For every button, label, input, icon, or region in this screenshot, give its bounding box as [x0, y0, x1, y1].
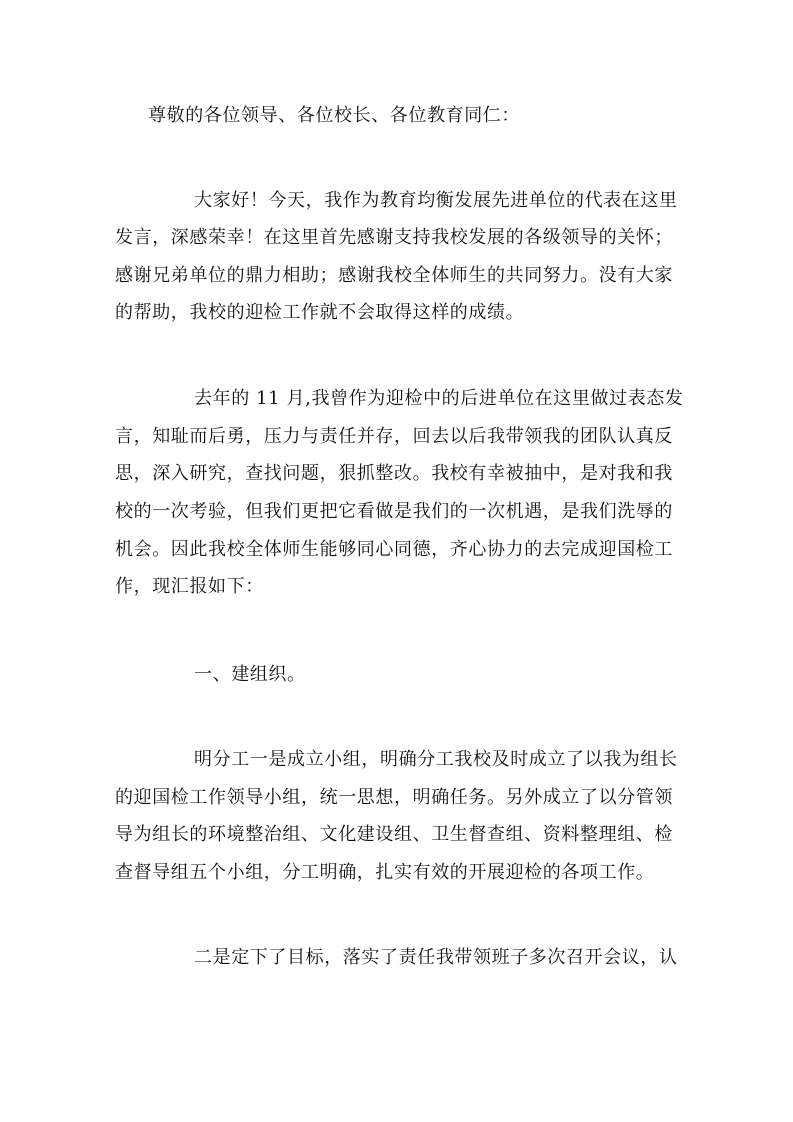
paragraph-line: 言，知耻而后勇，压力与责任并存，回去以后我带领我的团队认真反 — [115, 425, 673, 449]
paragraph-line: 发言，深感荣幸！在这里首先感谢支持我校发展的各级领导的关怀； — [115, 226, 673, 250]
paragraph-line: 机会。因此我校全体师生能够同心同德，齐心协力的去完成迎国检工 — [115, 538, 673, 562]
paragraph-line: 作，现汇报如下： — [115, 575, 264, 599]
paragraph-line: 明分工一是成立小组，明确分工我校及时成立了以我为组长 — [194, 748, 678, 772]
paragraph-line: 查督导组五个小组，分工明确，扎实有效的开展迎检的各项工作。 — [115, 861, 654, 885]
salutation: 尊敬的各位领导、各位校长、各位教育同仁： — [148, 104, 520, 128]
paragraph-goals: 二是定下了目标，落实了责任我带领班子多次召开会议，认 — [194, 946, 678, 970]
paragraph-line: 校的一次考验，但我们更把它看做是我们的一次机遇，是我们洗辱的 — [115, 500, 673, 524]
section-heading-organization: 一、建组织。 — [194, 663, 306, 687]
paragraph-line: 去年的 11 月,我曾作为迎检中的后进单位在这里做过表态发 — [194, 387, 683, 411]
paragraph-line: 导为组长的环境整治组、文化建设组、卫生督查组、资料整理组、检 — [115, 823, 673, 847]
paragraph-line: 感谢兄弟单位的鼎力相助；感谢我校全体师生的共同努力。没有大家 — [115, 264, 673, 288]
document-page: 尊敬的各位领导、各位校长、各位教育同仁： 大家好！今天，我作为教育均衡发展先进单… — [0, 0, 793, 1122]
paragraph-line: 大家好！今天，我作为教育均衡发展先进单位的代表在这里 — [194, 189, 678, 213]
paragraph-line: 思，深入研究，查找问题，狠抓整改。我校有幸被抽中，是对我和我 — [115, 462, 673, 486]
paragraph-line: 的迎国检工作领导小组，统一思想，明确任务。另外成立了以分管领 — [115, 786, 673, 810]
paragraph-line: 的帮助，我校的迎检工作就不会取得这样的成绩。 — [115, 301, 524, 325]
